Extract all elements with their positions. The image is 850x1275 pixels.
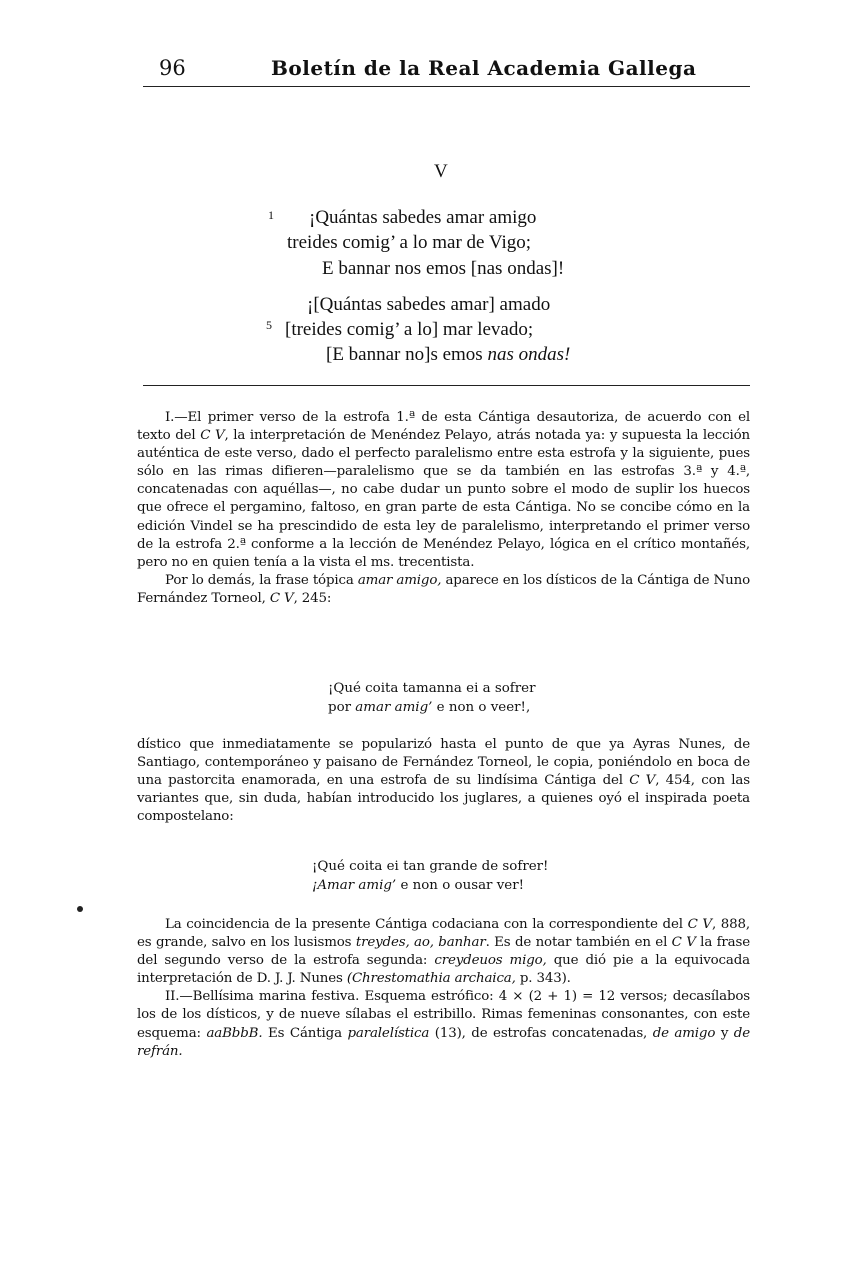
italic-text: (Chrestomathia archaica, — [347, 971, 516, 986]
note-block-1: I.—El primer verso de la estrofa 1.ª de … — [137, 409, 750, 608]
verse-line: treides comig’ a lo mar de Vigo; — [287, 232, 531, 254]
italic-text: aaBbbB. — [206, 1026, 262, 1041]
abbrev-cv: C V — [688, 917, 712, 932]
verse-line: ¡[Quántas sabedes amar] amado — [307, 294, 550, 316]
note-paragraph: Por lo demás, la frase tópica amar amigo… — [137, 572, 750, 608]
text: La coincidencia de la presente Cántiga c… — [165, 917, 688, 932]
ink-speck — [77, 906, 83, 912]
section-rule — [143, 385, 750, 386]
italic-text: treydes, ao, banhar — [356, 935, 486, 950]
text: p. 343). — [516, 971, 571, 986]
note-paragraph: I.—El primer verso de la estrofa 1.ª de … — [137, 409, 750, 572]
quote-line: ¡Qué coita tamanna ei a sofrer — [328, 679, 535, 698]
note-paragraph: La coincidencia de la presente Cántiga c… — [137, 916, 750, 988]
page-number: 96 — [159, 56, 186, 80]
note-paragraph: II.—Bellísima marina festiva. Esquema es… — [137, 988, 750, 1060]
verse-line: E bannar nos emos [nas ondas]! — [322, 258, 564, 280]
quote-2: ¡Qué coita ei tan grande de sofrer! ¡Ama… — [312, 857, 548, 895]
text: e non o veer!, — [432, 700, 530, 715]
verse-line-number: 1 — [268, 208, 274, 223]
italic-text: ¡Amar amig’ — [312, 878, 396, 893]
quote-line: ¡Qué coita ei tan grande de sofrer! — [312, 857, 548, 876]
note-block-3: La coincidencia de la presente Cántiga c… — [137, 916, 750, 1061]
text: por — [328, 700, 355, 715]
quote-line: por amar amig’ e non o veer!, — [328, 698, 535, 717]
verse-line-number: 5 — [266, 318, 272, 333]
text: Por lo demás, la frase tópica — [165, 573, 358, 588]
abbrev-cv: C V — [270, 591, 294, 606]
italic-text: amar amigo, — [358, 573, 442, 588]
abbrev-cv: C V — [629, 773, 655, 788]
quote-1: ¡Qué coita tamanna ei a sofrer por amar … — [328, 679, 535, 717]
note-block-2: dístico que inmediatamente se popularizó… — [137, 736, 750, 826]
page-header: 96 Boletín de la Real Academia Gallega — [143, 52, 750, 88]
quote-line: ¡Amar amig’ e non o ousar ver! — [312, 876, 548, 895]
verse-italic: nas ondas! — [487, 344, 570, 365]
text: y — [715, 1026, 734, 1041]
verse-line: [treides comig’ a lo] mar levado; — [285, 319, 533, 341]
text: . Es de notar también en el — [486, 935, 672, 950]
verse-line: ¡Quántas sabedes amar amigo — [309, 207, 536, 229]
document-page: 96 Boletín de la Real Academia Gallega V… — [0, 0, 850, 1275]
abbrev-cv: C V — [200, 428, 224, 443]
verse-line: [E bannar no]s emos nas ondas! — [326, 344, 570, 366]
running-title: Boletín de la Real Academia Gallega — [271, 56, 696, 80]
text: , 245: — [294, 591, 332, 606]
text: , la interpretación de Menéndez Pelayo, … — [137, 428, 750, 570]
italic-text: creydeuos migo, — [434, 953, 546, 968]
text: e non o ousar ver! — [396, 878, 524, 893]
verse-text: [E bannar no]s emos — [326, 344, 487, 365]
header-rule — [143, 86, 750, 87]
text: Es Cántiga — [262, 1026, 347, 1041]
italic-text: de amigo — [653, 1026, 716, 1041]
note-paragraph: dístico que inmediatamente se popularizó… — [137, 736, 750, 826]
abbrev-cv: C V — [672, 935, 696, 950]
italic-text: paralelística — [347, 1026, 429, 1041]
italic-text: amar amig’ — [355, 700, 432, 715]
text: (13), de estrofas concatenadas, — [429, 1026, 652, 1041]
section-numeral: V — [434, 161, 448, 183]
